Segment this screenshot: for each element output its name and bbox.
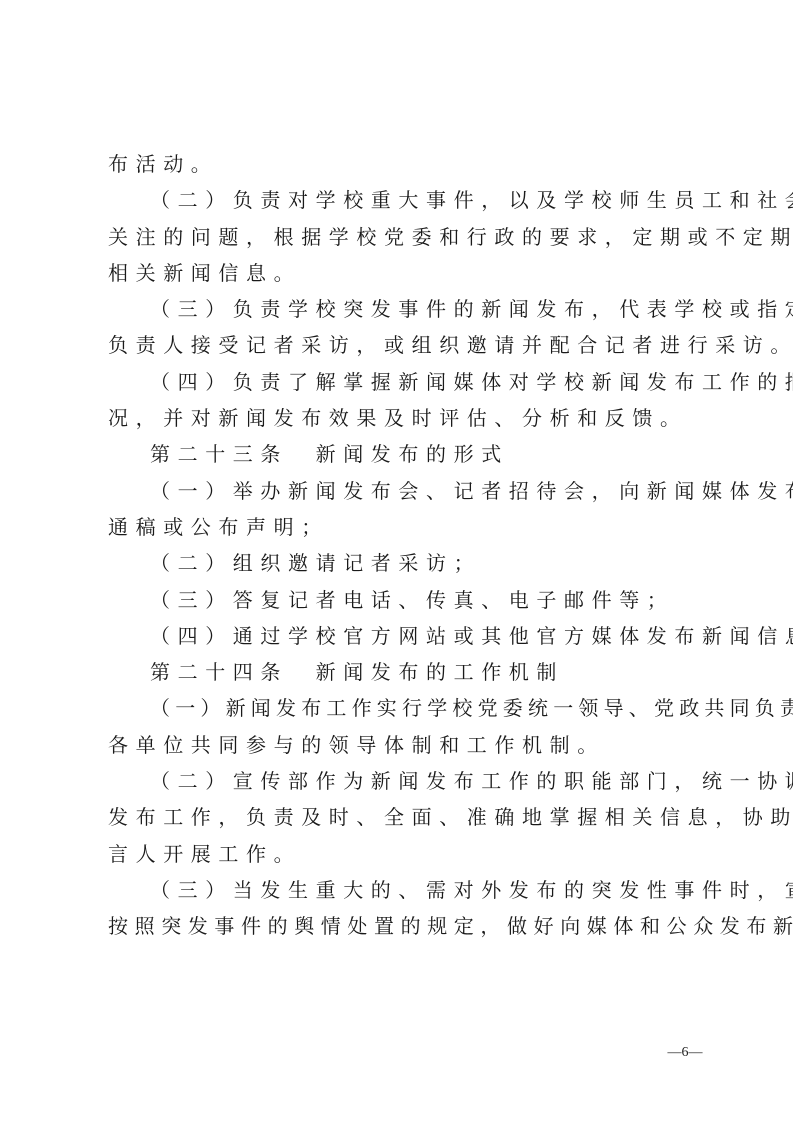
page-number: —6— <box>660 1045 710 1061</box>
clause-line: （二）负责对学校重大事件，以及学校师生员工和社会公众 <box>108 182 692 218</box>
text-line: 关注的问题，根据学校党委和行政的要求，定期或不定期地发布 <box>108 219 692 255</box>
text-line: 言人开展工作。 <box>108 836 692 872</box>
text-line: 通稿或公布声明； <box>108 509 692 545</box>
clause-line: （四）通过学校官方网站或其他官方媒体发布新闻信息。 <box>108 618 692 654</box>
clause-line: （一）新闻发布工作实行学校党委统一领导、党政共同负责、 <box>108 690 692 726</box>
text-line: 发布工作，负责及时、全面、准确地掌握相关信息，协助新闻发 <box>108 799 692 835</box>
text-line: 按照突发事件的舆情处置的规定，做好向媒体和公众发布新闻信 <box>108 908 692 944</box>
clause-line: （三）当发生重大的、需对外发布的突发性事件时，宣传部 <box>108 872 692 908</box>
document-body: 布活动。 （二）负责对学校重大事件，以及学校师生员工和社会公众 关注的问题，根据… <box>108 146 692 945</box>
article-heading-23: 第二十三条 新闻发布的形式 <box>108 436 692 472</box>
text-line: 况，并对新闻发布效果及时评估、分析和反馈。 <box>108 400 692 436</box>
text-line: 各单位共同参与的领导体制和工作机制。 <box>108 727 692 763</box>
clause-line: （一）举办新闻发布会、记者招待会，向新闻媒体发布新闻 <box>108 473 692 509</box>
clause-line: （二）宣传部作为新闻发布工作的职能部门，统一协调新闻 <box>108 763 692 799</box>
article-heading-24: 第二十四条 新闻发布的工作机制 <box>108 654 692 690</box>
clause-line: （三）答复记者电话、传真、电子邮件等； <box>108 582 692 618</box>
clause-line: （二）组织邀请记者采访； <box>108 545 692 581</box>
clause-line: （三）负责学校突发事件的新闻发布，代表学校或指定有关 <box>108 291 692 327</box>
text-line: 负责人接受记者采访，或组织邀请并配合记者进行采访。 <box>108 327 692 363</box>
text-line: 布活动。 <box>108 146 692 182</box>
clause-line: （四）负责了解掌握新闻媒体对学校新闻发布工作的报道情 <box>108 364 692 400</box>
document-page: 布活动。 （二）负责对学校重大事件，以及学校师生员工和社会公众 关注的问题，根据… <box>0 0 793 1122</box>
text-line: 相关新闻信息。 <box>108 255 692 291</box>
